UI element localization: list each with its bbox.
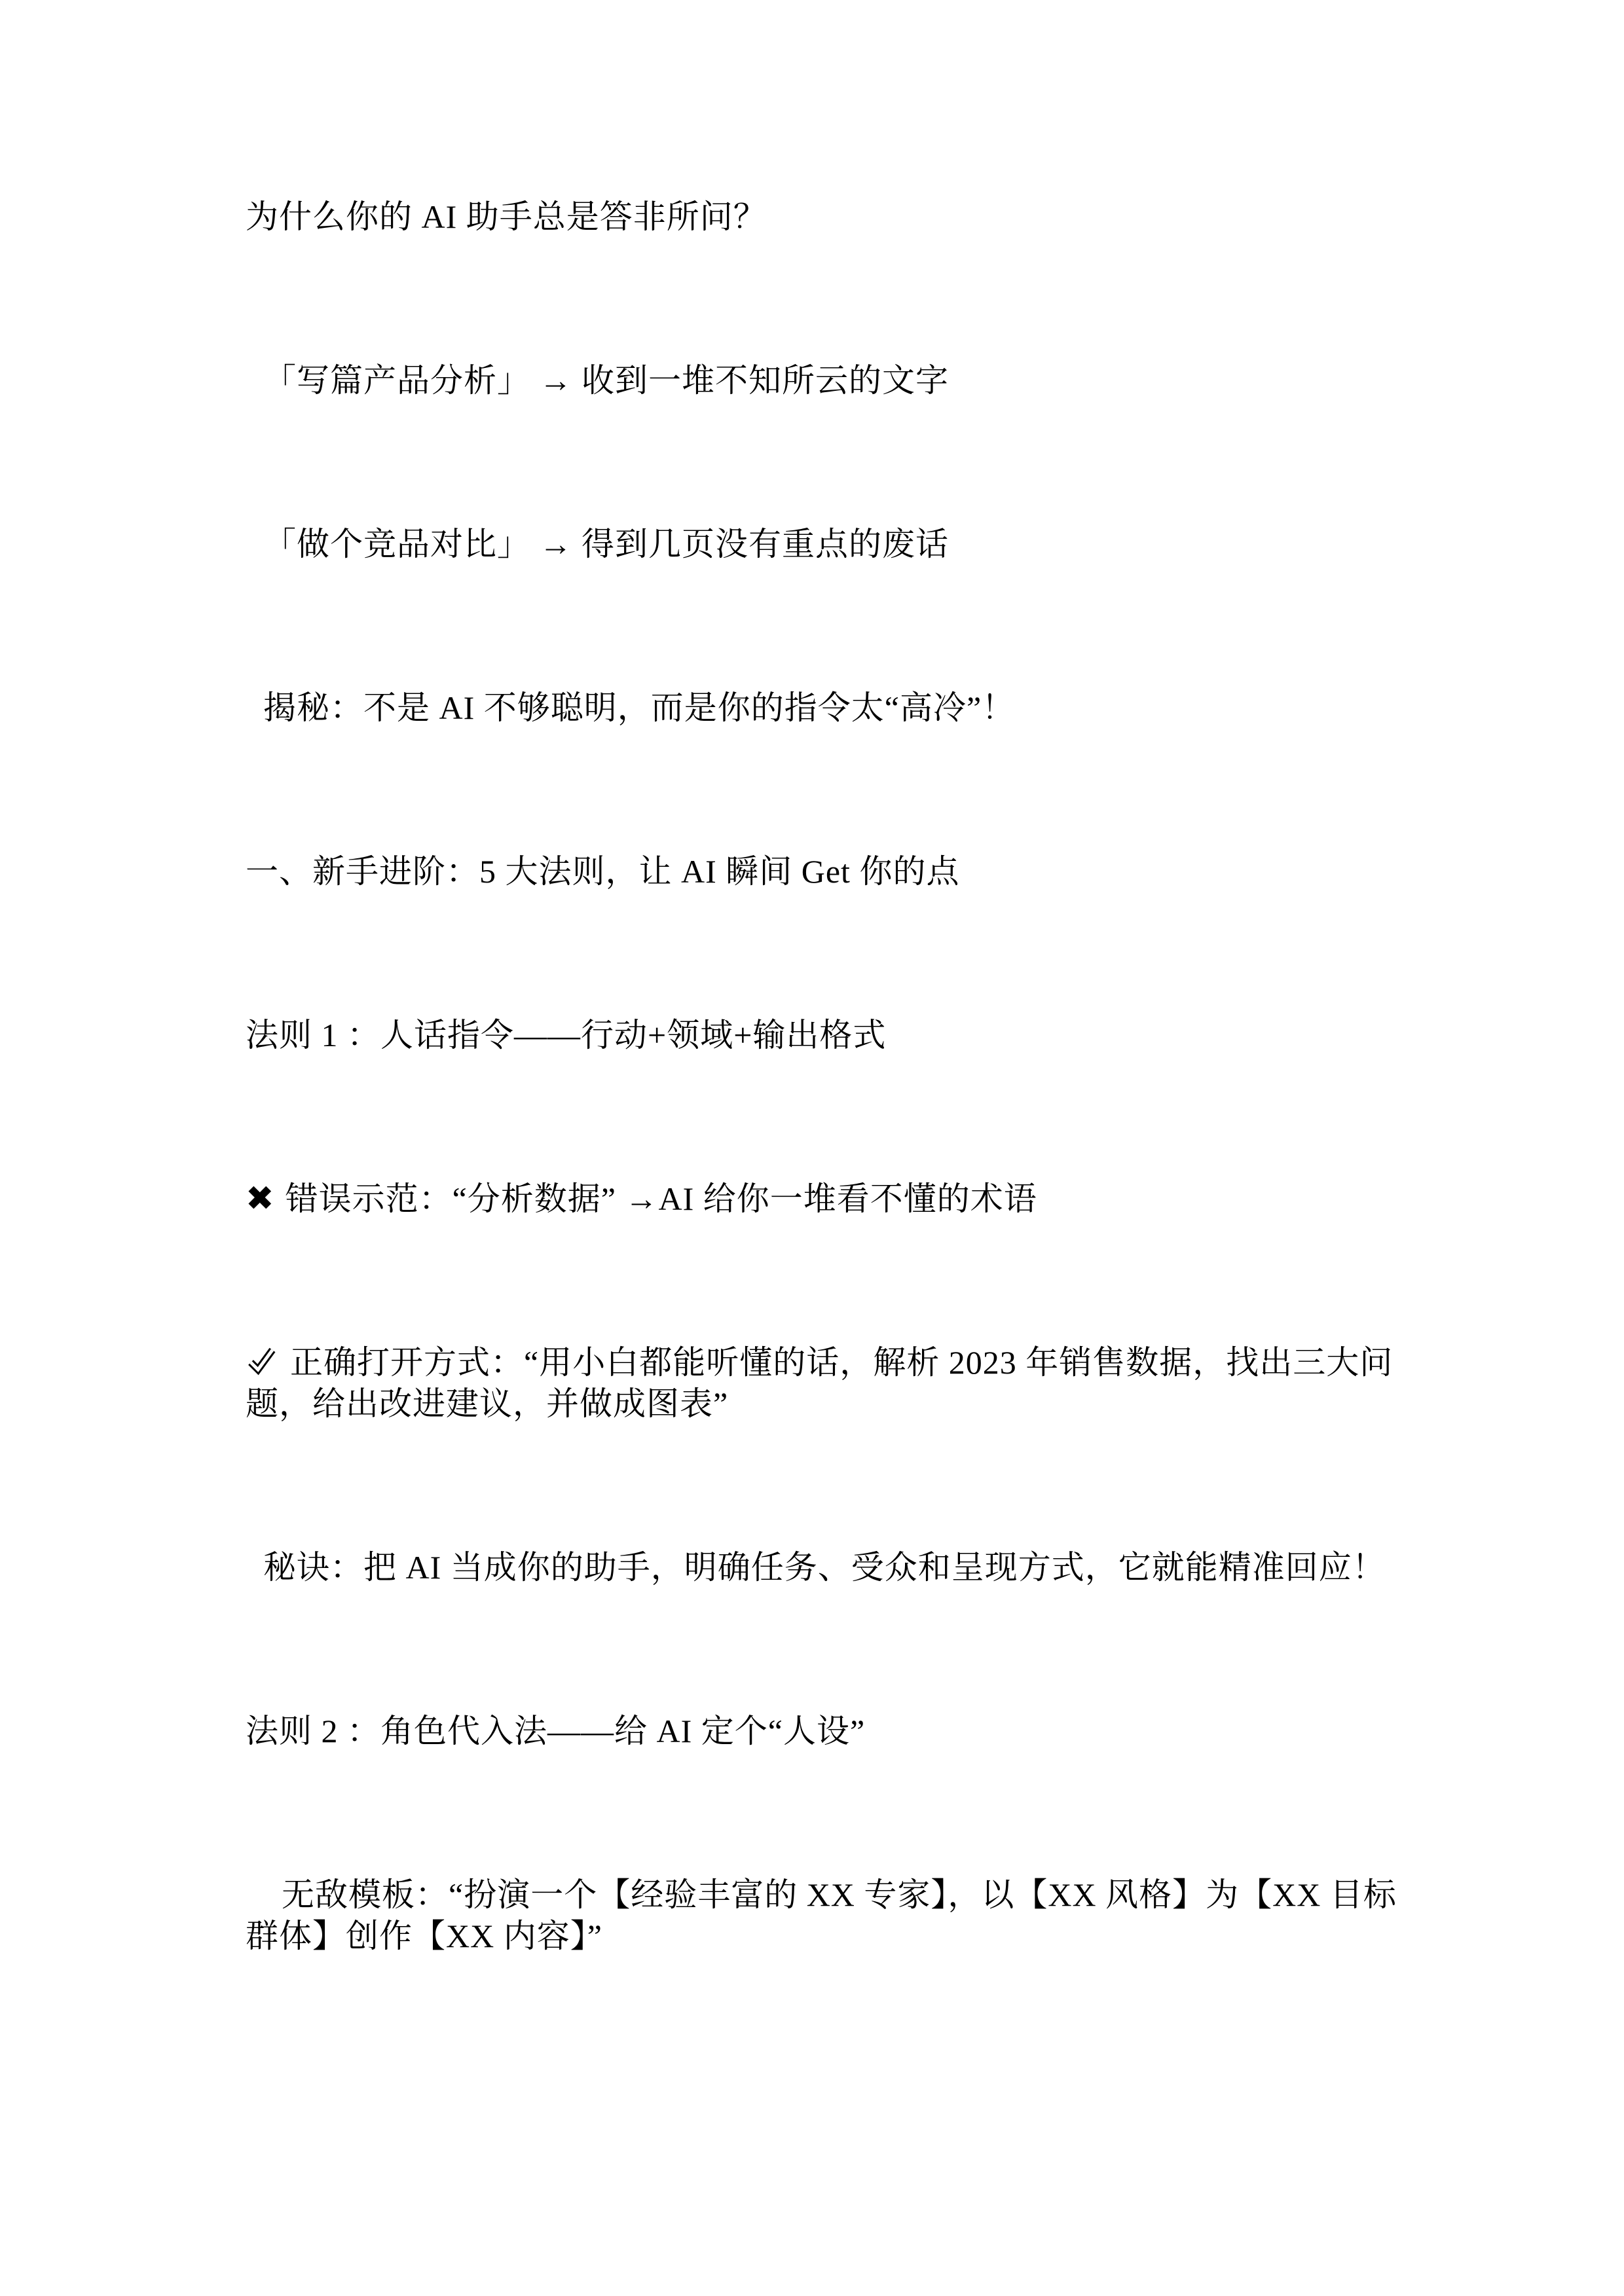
paragraph-wrong-example: ✖错误示范：“分析数据” →AI 给你一堆看不懂的术语 xyxy=(246,1178,1401,1220)
paragraph-text: 法则 1 ：人话指令——行动+领域+输出格式 xyxy=(246,1017,886,1053)
paragraph-hook-question: 为什么你的 AI 助手总是答非所问？ xyxy=(246,196,1401,238)
cross-icon: ✖ xyxy=(246,1178,275,1220)
rule-1-heading: 法则 1 ：人话指令——行动+领域+输出格式 xyxy=(246,1015,1401,1056)
paragraph-text: 错误示范：“分析数据” →AI 给你一堆看不懂的术语 xyxy=(286,1180,1037,1217)
paragraph-example-product-analysis: 「写篇产品分析」 → 收到一堆不知所云的文字 xyxy=(246,360,1401,401)
paragraph-text: 揭秘：不是 AI 不够聪明，而是你的指令太“高冷”！ xyxy=(263,689,1015,726)
paragraph-template: 无敌模板：“扮演一个【经验丰富的 XX 专家】，以【XX 风格】为【XX 目标群… xyxy=(246,1874,1401,1957)
paragraph-text: 法则 2 ：角色代入法——给 AI 定个“人设” xyxy=(246,1713,865,1749)
check-icon xyxy=(246,1342,277,1383)
document-page: 为什么你的 AI 助手总是答非所问？ 「写篇产品分析」 → 收到一堆不知所云的文… xyxy=(0,0,1624,2296)
paragraph-text: 为什么你的 AI 助手总是答非所问？ xyxy=(246,198,767,235)
paragraph-text: 正确打开方式：“用小白都能听懂的话，解析 2023 年销售数据，找出三大问题，给… xyxy=(246,1344,1393,1422)
paragraph-text: 秘诀：把 AI 当成你的助手，明确任务、受众和呈现方式，它就能精准回应！ xyxy=(263,1549,1386,1586)
paragraph-example-competitor-comparison: 「做个竞品对比」 → 得到几页没有重点的废话 xyxy=(246,524,1401,565)
paragraph-text: 「写篇产品分析」 → 收到一堆不知所云的文字 xyxy=(263,362,949,399)
paragraph-text: 无敌模板：“扮演一个【经验丰富的 XX 专家】，以【XX 风格】为【XX 目标群… xyxy=(246,1876,1397,1954)
paragraph-text: 「做个竞品对比」 → 得到几页没有重点的废话 xyxy=(263,526,949,562)
paragraph-correct-example: 正确打开方式：“用小白都能听懂的话，解析 2023 年销售数据，找出三大问题，给… xyxy=(246,1342,1401,1425)
paragraph-secret-tip: 秘诀：把 AI 当成你的助手，明确任务、受众和呈现方式，它就能精准回应！ xyxy=(246,1547,1401,1588)
section-heading-one: 一、新手进阶：5 大法则，让 AI 瞬间 Get 你的点 xyxy=(246,851,1401,892)
paragraph-text: 一、新手进阶：5 大法则，让 AI 瞬间 Get 你的点 xyxy=(246,853,959,890)
rule-2-heading: 法则 2 ：角色代入法——给 AI 定个“人设” xyxy=(246,1711,1401,1752)
paragraph-reveal: 揭秘：不是 AI 不够聪明，而是你的指令太“高冷”！ xyxy=(246,687,1401,729)
